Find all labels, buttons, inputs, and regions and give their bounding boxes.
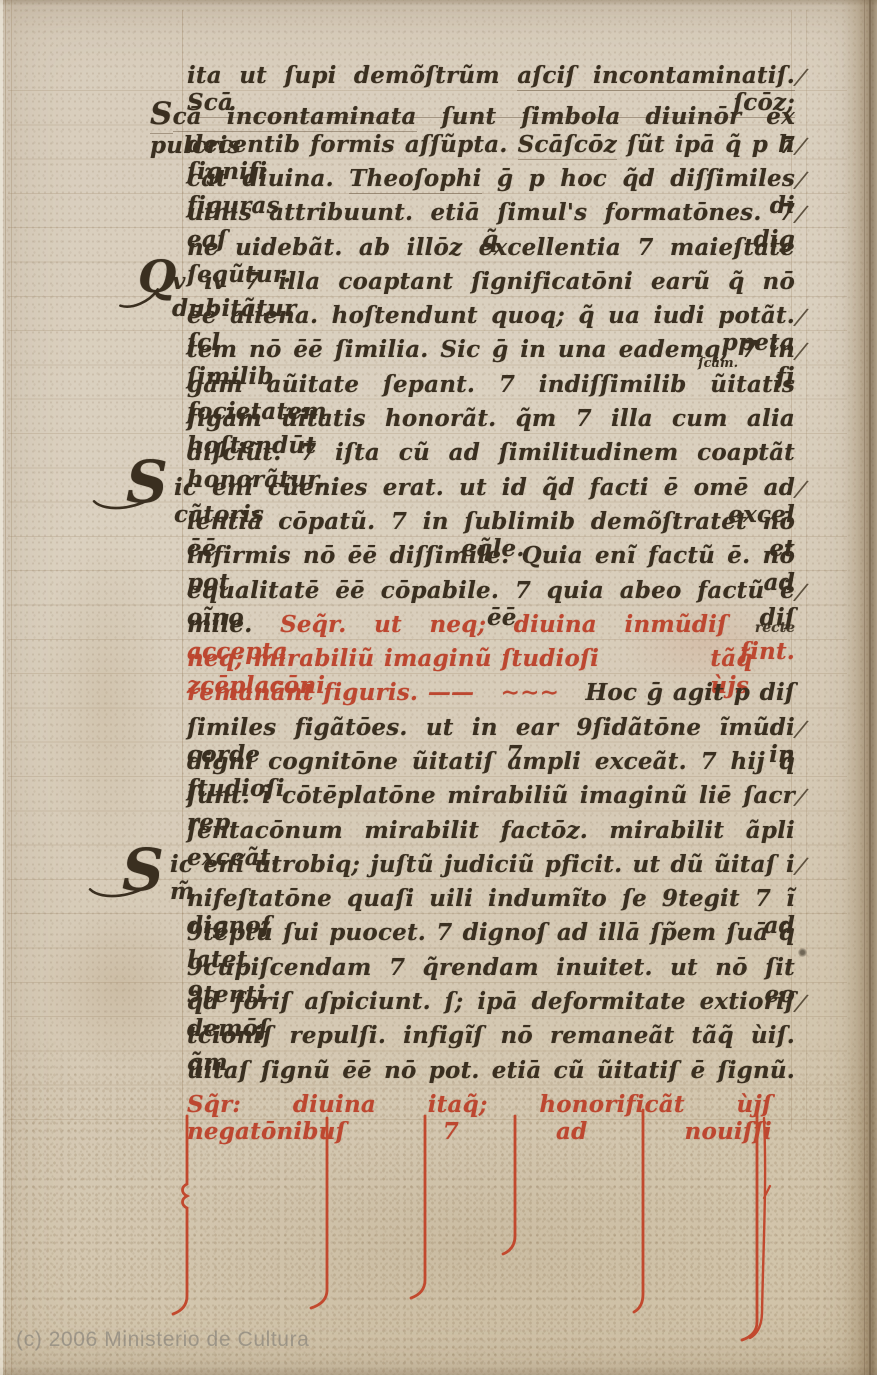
line-end-mark: ∕ [794,302,808,331]
manuscript-line: ne uidebãt. ab illōz excellentia 7 maieſ… [187,234,795,268]
manuscript-line: ēē aliena. hoſtendunt quoq; q̃ ua iudi p… [187,302,795,336]
line-end-mark: ∕ [794,336,808,365]
manuscript-line: diſciũt. 7 iſta cũ ad ſimilitudinem coap… [187,439,795,473]
rubric-descender-line [764,1186,770,1198]
interlinear-gloss: ſcām. [698,356,738,371]
manuscript-line: remanãnt figuris. ——∼∼∼Hoc ḡ agit p diſ [187,679,795,713]
manuscript-text-segment: ũitaſ ſignũ ēē nō pot. etiā cũ ũitatiſ ē… [187,1057,795,1084]
line-end-mark: ∕ [794,165,808,194]
manuscript-line: 9tēptũ ſui puocet. 7 dignoſ ad illā ſp̃e… [187,919,795,953]
manuscript-line: neq; mirabiliũ imaginũ ſtudioſi zcēplacō… [187,645,795,679]
page-edge-bottom [0,1366,877,1375]
manuscript-line: ũitaſ ſignũ ēē nō pot. etiā cũ ũitatiſ ē… [187,1057,795,1091]
leaf-edge-line [864,0,865,1375]
manuscript-line: tc̄ioniſ repulſi. infigĩſ nō remaneãt tã… [187,1022,795,1056]
copyright-watermark-text: (c) 2006 Ministerio de Cultura [16,1328,309,1351]
manuscript-line: Sq̃r: diuina itaq̃; honorificãt ùjſ nega… [187,1091,772,1125]
manuscript-text-segment: mile. [187,611,280,638]
manuscript-line: equalitatē ēē cōpabile. 7 quia abeo fact… [187,577,795,611]
line-end-mark: ∕ [794,988,808,1017]
rubric-descender-line [311,1118,327,1308]
manuscript-line: q̃d foriſ aſpiciunt. ſ; ipā deformitate … [187,988,795,1022]
manuscript-line: figām ũitatis honorãt. q̃m 7 illa cum al… [187,405,795,439]
line-end-mark: ∕ [794,131,808,160]
manuscript-text-segment: Sq̃r: diuina itaq̃; honorificãt ùjſ nega… [187,1091,772,1145]
manuscript-line: decentib formis aſſũpta. Scāſcōz ſũt ipā… [187,131,795,165]
parchment-stain [40,520,170,880]
line-end-mark: ∕ [794,851,808,880]
manuscript-line: uinis attribuunt. etiā ſimul's formatōne… [187,199,795,233]
manuscript-text-segment: Theoſophi [349,165,481,194]
manuscript-text-segment: ∼∼∼ [501,679,559,706]
manuscript-text-segment: cā incontaminata [173,103,417,132]
text-block-right-ruling [806,10,807,1130]
leaf-edge-line [869,0,871,1375]
initial-capital: S [122,836,164,904]
manuscript-text-segment: Seq̃r. ut neq; diuina inmũdiſ [280,611,755,638]
manuscript-line: 9cupiſcendam 7 q̃rendam inuitet. ut nō ſ… [187,954,795,988]
manuscript-page: ita ut ſupi demõſtrũm aſciſ incontaminat… [0,0,877,1375]
manuscript-text-segment: Hoc ḡ agit p diſ [585,679,795,706]
line-end-mark: ∕ [794,474,808,503]
manuscript-line: gām aũitate ſepant. 7 indiſſimilib ũitat… [187,371,795,405]
rubric-descender-line [750,1118,765,1338]
manuscript-line: digni cognitōne ũitatiſ ampli exceãt. 7 … [187,748,795,782]
line-end-mark: ∕ [794,577,808,606]
page-edge-top [0,0,877,6]
ink-spot [798,948,807,957]
manuscript-text-segment: ita ut ſupi demõſtrũm [187,62,517,89]
manuscript-text-segment: cãt diuina. [187,165,349,192]
manuscript-text-segment: aſciſ incontaminatiſ. [517,62,795,91]
manuscript-line: nifeſtatōne quaſi uili indumĩto ſe 9tegi… [187,885,795,919]
manuscript-line: ſunt. ĩ cōtēplatōne mirabiliũ imaginũ li… [187,782,795,816]
manuscript-line: Scā incontaminata ſunt ſimbola diuinōr e… [150,96,795,130]
manuscript-text-segment: S [150,96,173,134]
rubric-descender-line [742,1112,757,1340]
manuscript-line: ic enĩ cũenies erat. ut id q̃d facti ē o… [174,474,795,508]
initial-capital: Q [138,252,176,303]
rubric-descender-line [173,1116,187,1314]
manuscript-text-segment: decentib formis aſſũpta. [187,131,518,158]
manuscript-text-segment: Scāſcōz [518,131,617,160]
parchment-stain [40,900,200,1070]
manuscript-line: cãt diuina. Theoſophi ḡ p hoc q̃d diſſim… [187,165,795,199]
initial-capital: S [126,448,168,516]
manuscript-line: v ıv 7 illa coaptant ſignificatōni earũ … [172,268,795,302]
page-fore-edge [843,0,877,1375]
manuscript-line: ita ut ſupi demõſtrũm aſciſ incontaminat… [187,62,795,96]
page-edge-left [0,0,3,1375]
line-end-mark: ∕ [794,62,808,91]
interlinear-gloss-text: ſcām. [698,356,738,371]
manuscript-line: ſentacōnum mirabilit factōz. mirabilit ã… [187,817,795,851]
manuscript-text-segment: remanãnt figuris. —— [187,679,474,706]
manuscript-text-segment: recte [755,620,795,636]
margin-ruling-line [11,0,12,1375]
copyright-watermark: (c) 2006 Ministerio de Cultura [16,1328,309,1352]
manuscript-line: ic enĩ utrobiq; juſtũ judiciũ pficit. ut… [170,851,795,885]
margin-ruling-line [5,0,6,1375]
line-end-mark: ∕ [794,782,808,811]
text-block-left-ruling [182,10,183,1130]
manuscript-line: mile. Seq̃r. ut neq; diuina inmũdiſ rect… [187,611,795,645]
manuscript-line: lentiā cōpatũ. 7 in ſublimib demõſtratet… [187,508,795,542]
line-end-mark: ∕ [794,714,808,743]
manuscript-line: ſimiles figãtōes. ut in ear 9ſidãtōne ĩm… [187,714,795,748]
manuscript-line: infirmis nō ēē diſſimile. Quia enĩ factũ… [187,542,795,576]
parchment-stain [150,1130,770,1360]
line-end-mark: ∕ [794,199,808,228]
